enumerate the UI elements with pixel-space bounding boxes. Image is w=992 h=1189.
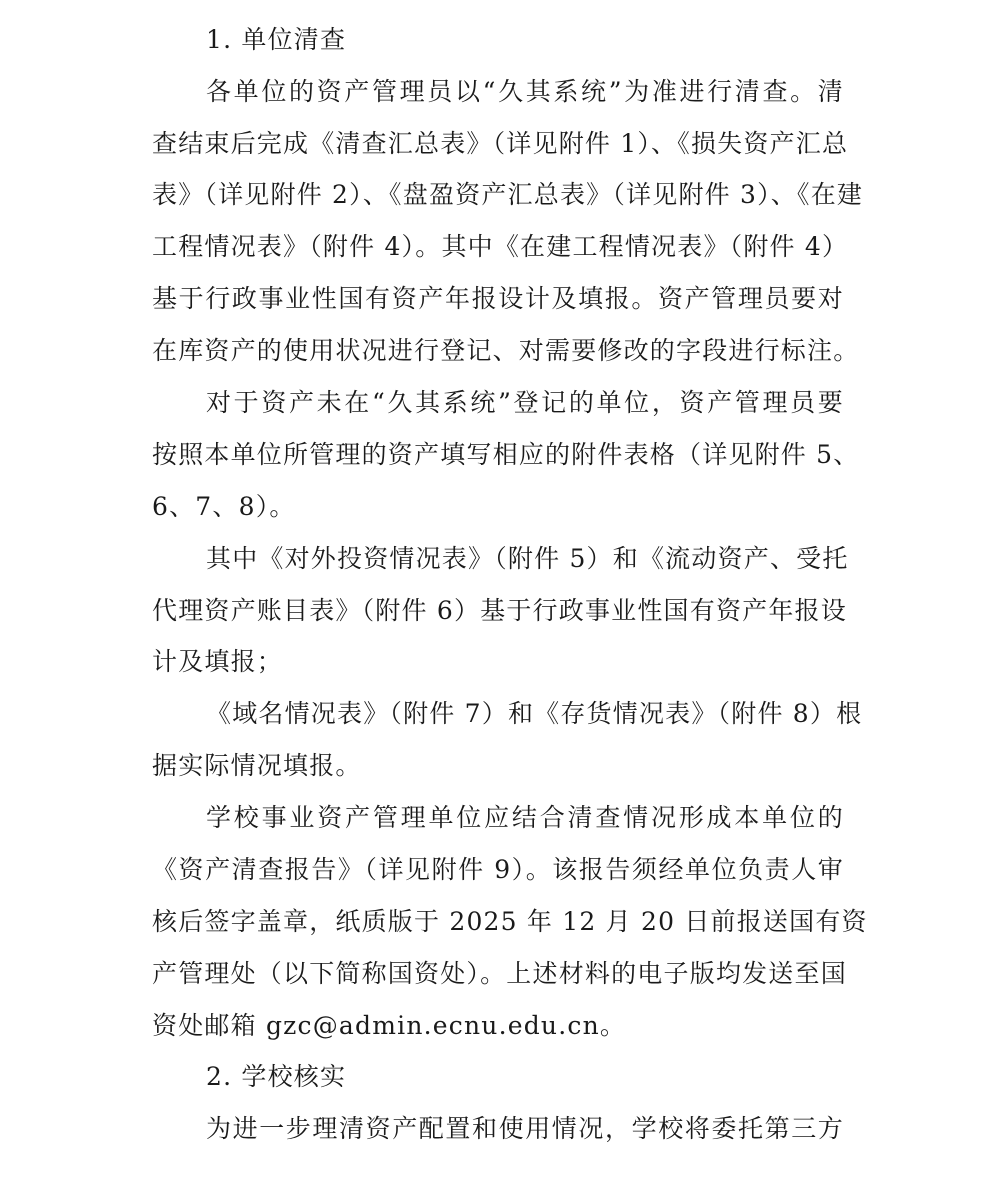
paragraph-line: 学校事业资产管理单位应结合清查情况形成本单位的 xyxy=(206,798,844,838)
paragraph-line: 各单位的资产管理员以“久其系统”为准进行清查。清 xyxy=(206,72,844,112)
document-page: 1. 单位清查 各单位的资产管理员以“久其系统”为准进行清查。清 查结束后完成《… xyxy=(0,0,992,1189)
paragraph-line: 代理资产账目表》（附件 6）基于行政事业性国有资产年报设 xyxy=(152,591,844,631)
paragraph-line: 资处邮箱 gzc@admin.ecnu.edu.cn。 xyxy=(152,1006,844,1046)
paragraph-line: 工程情况表》（附件 4）。其中《在建工程情况表》（附件 4） xyxy=(152,227,844,267)
paragraph-line: 6、7、8）。 xyxy=(152,487,844,527)
paragraph-line: 《资产清查报告》（详见附件 9）。该报告须经单位负责人审 xyxy=(152,850,844,890)
paragraph-line: 核后签字盖章，纸质版于 2025 年 12 月 20 日前报送国有资 xyxy=(152,902,844,942)
paragraph-line: 《域名情况表》（附件 7）和《存货情况表》（附件 8）根 xyxy=(206,694,844,734)
paragraph-line: 表》（详见附件 2）、《盘盈资产汇总表》（详见附件 3）、《在建 xyxy=(152,175,844,215)
paragraph-line: 基于行政事业性国有资产年报设计及填报。资产管理员要对 xyxy=(152,279,844,319)
paragraph-line: 按照本单位所管理的资产填写相应的附件表格（详见附件 5、 xyxy=(152,435,844,475)
paragraph-line: 产管理处（以下简称国资处）。上述材料的电子版均发送至国 xyxy=(152,954,844,994)
paragraph-line: 在库资产的使用状况进行登记、对需要修改的字段进行标注。 xyxy=(152,331,844,371)
section-heading-1: 1. 单位清查 xyxy=(206,20,844,60)
section-heading-2: 2. 学校核实 xyxy=(206,1057,844,1097)
paragraph-line: 为进一步理清资产配置和使用情况，学校将委托第三方 xyxy=(206,1109,844,1149)
paragraph-line: 查结束后完成《清查汇总表》（详见附件 1）、《损失资产汇总 xyxy=(152,124,844,164)
paragraph-line: 计及填报； xyxy=(152,642,844,682)
paragraph-line: 其中《对外投资情况表》（附件 5）和《流动资产、受托 xyxy=(206,539,844,579)
paragraph-line: 对于资产未在“久其系统”登记的单位，资产管理员要 xyxy=(206,383,844,423)
paragraph-line: 据实际情况填报。 xyxy=(152,746,844,786)
